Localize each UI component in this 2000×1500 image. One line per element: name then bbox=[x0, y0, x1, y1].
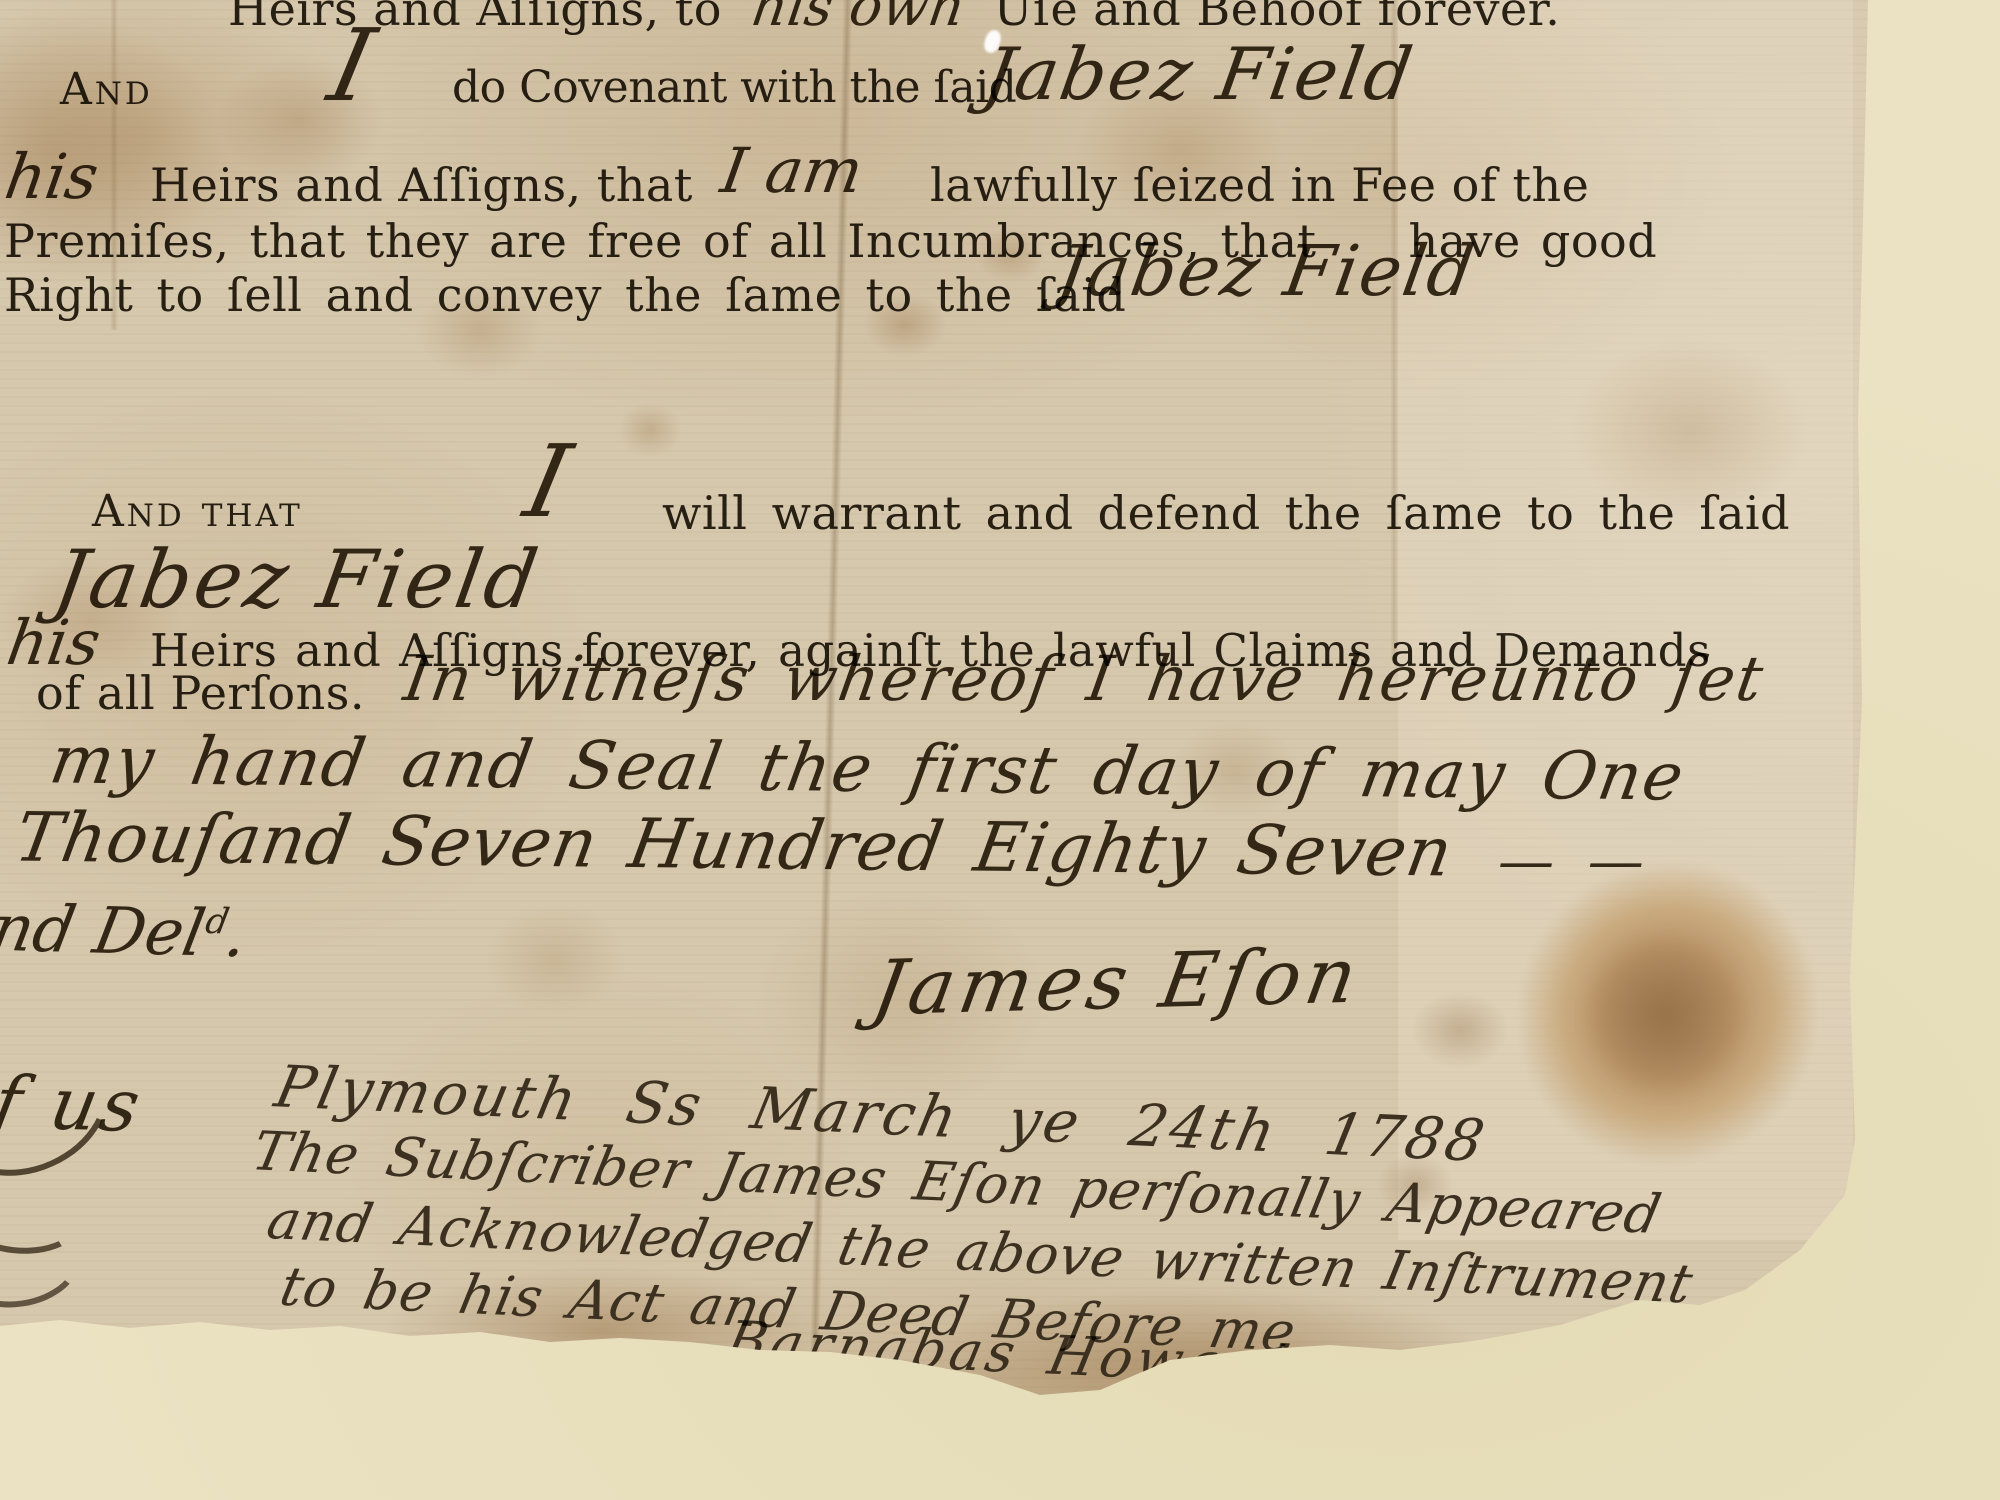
deed-paper: Heirs and Aſſigns, to his own Uſe and Be… bbox=[0, 0, 2000, 1500]
top-print-b: Uſe and Behoof forever. bbox=[994, 0, 1561, 36]
warrant-print: will warrant and defend the ſame to the … bbox=[662, 490, 1790, 536]
warrant-and-that: And that bbox=[92, 490, 303, 534]
top-print-a: Heirs and Aſſigns, to bbox=[228, 0, 722, 36]
grantee-name-3: Jabez Field bbox=[49, 540, 546, 620]
grantee-name-1: Jabez Field bbox=[979, 38, 1418, 110]
persons-print: of all Perſons. bbox=[36, 670, 365, 716]
top-clipped-line: Heirs and Aſſigns, to his own Uſe and Be… bbox=[228, 0, 1560, 34]
witness-clause: In witneſs whereof I have hereunto ſet bbox=[400, 648, 1769, 710]
forever-his: his bbox=[3, 612, 104, 674]
warrant-pronoun-i: I bbox=[517, 432, 578, 532]
seized-his: his bbox=[1, 146, 102, 208]
grantee-name-2: Jabez Field bbox=[1052, 236, 1480, 306]
hand-seal-line: my hand and Seal the first day of may On… bbox=[46, 727, 1690, 810]
witness-margin: f us bbox=[0, 1066, 149, 1142]
right-print: Right to ſell and convey the ſame to the… bbox=[4, 272, 1126, 318]
covenant-print: do Covenant with the ſaid bbox=[452, 66, 1016, 110]
top-script-insert: his own bbox=[749, 0, 967, 34]
covenant-and: And bbox=[60, 68, 153, 112]
year-line: Thouſand Seven Hundred Eighty Seven bbox=[10, 804, 1457, 887]
witness-signature-fragment bbox=[0, 1206, 88, 1315]
grantor-signature: James Eſon bbox=[867, 938, 1366, 1027]
seized-print-a: Heirs and Aſſigns, that bbox=[150, 162, 693, 208]
seized-print-b: lawfully ſeized in Fee of the bbox=[930, 162, 1589, 208]
delivered-text: nd Del bbox=[0, 892, 211, 972]
deed-photograph: Heirs and Aſſigns, to his own Uſe and Be… bbox=[0, 0, 2000, 1500]
delivered-margin: nd Deld. bbox=[0, 897, 252, 968]
seized-i-am: I am bbox=[717, 140, 867, 202]
